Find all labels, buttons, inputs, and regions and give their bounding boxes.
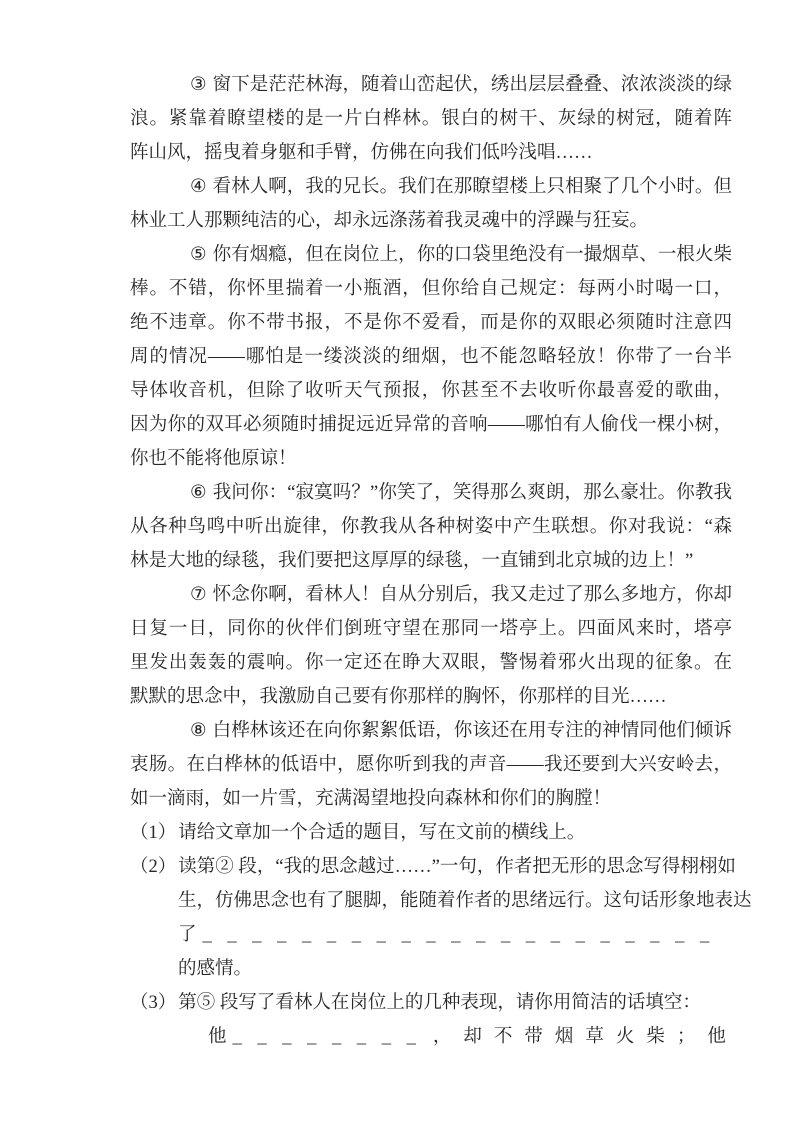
questions-section: （1）请给文章加一个合适的题目，写在文前的横线上。（2）读第② 段，“我的思念越… [130,816,732,1054]
document-content: ③窗下是茫茫林海，随着山峦起伏，绣出层层叠叠、浓浓淡淡的绿浪。紧靠着瞭望楼的是一… [130,68,732,1054]
question-number: （1） [130,823,176,843]
question-number: （2） [130,857,176,877]
question-number: （3） [130,993,176,1013]
passage-line: 阵山风，摇曳着身躯和手臂，仿佛在向我们低吟浅唱…… [130,136,732,170]
question-text: 了 [178,925,197,945]
answer-blank: _ _ _ _ _ _ _ _ [233,1027,417,1047]
reading-passage: ③窗下是茫茫林海，随着山峦起伏，绣出层层叠叠、浓浓淡淡的绿浪。紧靠着瞭望楼的是一… [130,68,732,816]
answer-blank: _ _ _ _ _ _ _ _ _ _ _ _ _ _ _ _ _ _ _ _ … [203,925,711,945]
passage-line: 因为你的双耳必须随时捕捉远近异常的音响——哪怕有人偷伐一棵小树， [130,408,732,442]
question-line: （3）第⑤ 段写了看林人在岗位上的几种表现，请你用简洁的话填空： [130,986,732,1020]
passage-text: 窗下是茫茫林海，随着山峦起伏，绣出层层叠叠、浓浓淡淡的绿 [213,75,732,95]
passage-line: 导体收音机，但除了收听天气预报，你甚至不去收听你最喜爱的歌曲， [130,374,732,408]
paragraph-number: ⑥ [190,483,207,503]
passage-text: 白桦林该还在向你絮絮低语，你该还在用专注的神情同他们倾诉 [213,721,732,741]
passage-line: ⑧白桦林该还在向你絮絮低语，你该还在用专注的神情同他们倾诉 [130,714,732,748]
passage-line: 衷肠。在白桦林的低语中，愿你听到我的声音——我还要到大兴安岭去， [130,748,732,782]
paragraph-number: ④ [190,177,207,197]
passage-line: ③窗下是茫茫林海，随着山峦起伏，绣出层层叠叠、浓浓淡淡的绿 [130,68,732,102]
passage-line: 绝不违章。你不带书报，不是你不爱看，而是你的双眼必须随时注意四 [130,306,732,340]
question-text: 读第② 段，“我的思念越过……”一句，作者把无形的思念写得栩栩如 [178,857,736,877]
passage-line: ⑦怀念你啊，看林人！自从分别后，我又走过了那么多地方，你却 [130,578,732,612]
passage-line: 默默的思念中，我激励自己要有你那样的胸怀，你那样的目光…… [130,680,732,714]
paragraph-number: ⑦ [190,585,207,605]
fill-line-prefix: 他 [208,1027,227,1047]
passage-line: 如一滴雨，如一片雪，充满渴望地投向森林和你们的胸膛！ [130,782,732,816]
passage-line: 你也不能将他原谅！ [130,442,732,476]
passage-line: ④看林人啊，我的兄长。我们在那瞭望楼上只相聚了几个小时。但 [130,170,732,204]
passage-line: 林是大地的绿毯，我们要把这厚厚的绿毯，一直铺到北京城的边上！” [130,544,732,578]
passage-text: 我问你：“寂寞吗？”你笑了，笑得那么爽朗，那么豪壮。你教我 [213,483,732,503]
passage-line: ⑥我问你：“寂寞吗？”你笑了，笑得那么爽朗，那么豪壮。你教我 [130,476,732,510]
passage-line: 日复一日，同你的伙伴们倒班守望在那同一塔亭上。四面风来时，塔亭 [130,612,732,646]
passage-line: ⑤你有烟瘾，但在岗位上，你的口袋里绝没有一撮烟草、一根火柴 [130,238,732,272]
question-text: 请给文章加一个合适的题目，写在文前的横线上。 [178,823,585,843]
passage-text: 怀念你啊，看林人！自从分别后，我又走过了那么多地方，你却 [213,585,732,605]
paragraph-number: ⑤ [190,245,207,265]
question-line: 的感情。 [130,952,732,986]
passage-line: 浪。紧靠着瞭望楼的是一片白桦林。银白的树干、灰绿的树冠，随着阵 [130,102,732,136]
paragraph-number: ③ [190,75,207,95]
question-line: （2）读第② 段，“我的思念越过……”一句，作者把无形的思念写得栩栩如 [130,850,732,884]
passage-text: 看林人啊，我的兄长。我们在那瞭望楼上只相聚了几个小时。但 [213,177,732,197]
passage-line: 从各种鸟鸣中听出旋律，你教我从各种树姿中产生联想。你对我说：“森 [130,510,732,544]
passage-line: 棒。不错，你怀里揣着一小瓶酒，但你给自己规定：每两小时喝一口， [130,272,732,306]
question-line: 了_ _ _ _ _ _ _ _ _ _ _ _ _ _ _ _ _ _ _ _… [130,918,732,952]
passage-line: 林业工人那颗纯洁的心，却永远涤荡着我灵魂中的浮躁与狂妄。 [130,204,732,238]
question-line: 生，仿佛思念也有了腿脚，能随着作者的思绪远行。这句话形象地表达 [130,884,732,918]
question-line: （1）请给文章加一个合适的题目，写在文前的横线上。 [130,816,732,850]
question-text: 的感情。 [178,959,252,979]
fill-line-suffix: ，却不带烟草火柴；他 [433,1027,738,1047]
question-text: 第⑤ 段写了看林人在岗位上的几种表现，请你用简洁的话填空： [178,993,701,1013]
passage-text: 你有烟瘾，但在岗位上，你的口袋里绝没有一撮烟草、一根火柴 [213,245,732,265]
paragraph-number: ⑧ [190,721,207,741]
answer-fill-line: 他_ _ _ _ _ _ _ _，却不带烟草火柴；他 [130,1020,732,1054]
document-page: ③窗下是茫茫林海，随着山峦起伏，绣出层层叠叠、浓浓淡淡的绿浪。紧靠着瞭望楼的是一… [0,0,793,1122]
passage-line: 周的情况——哪怕是一缕淡淡的细烟，也不能忽略轻放！你带了一台半 [130,340,732,374]
question-text: 生，仿佛思念也有了腿脚，能随着作者的思绪远行。这句话形象地表达 [178,891,752,911]
passage-line: 里发出轰轰的震响。你一定还在睁大双眼，警惕着邪火出现的征象。在 [130,646,732,680]
